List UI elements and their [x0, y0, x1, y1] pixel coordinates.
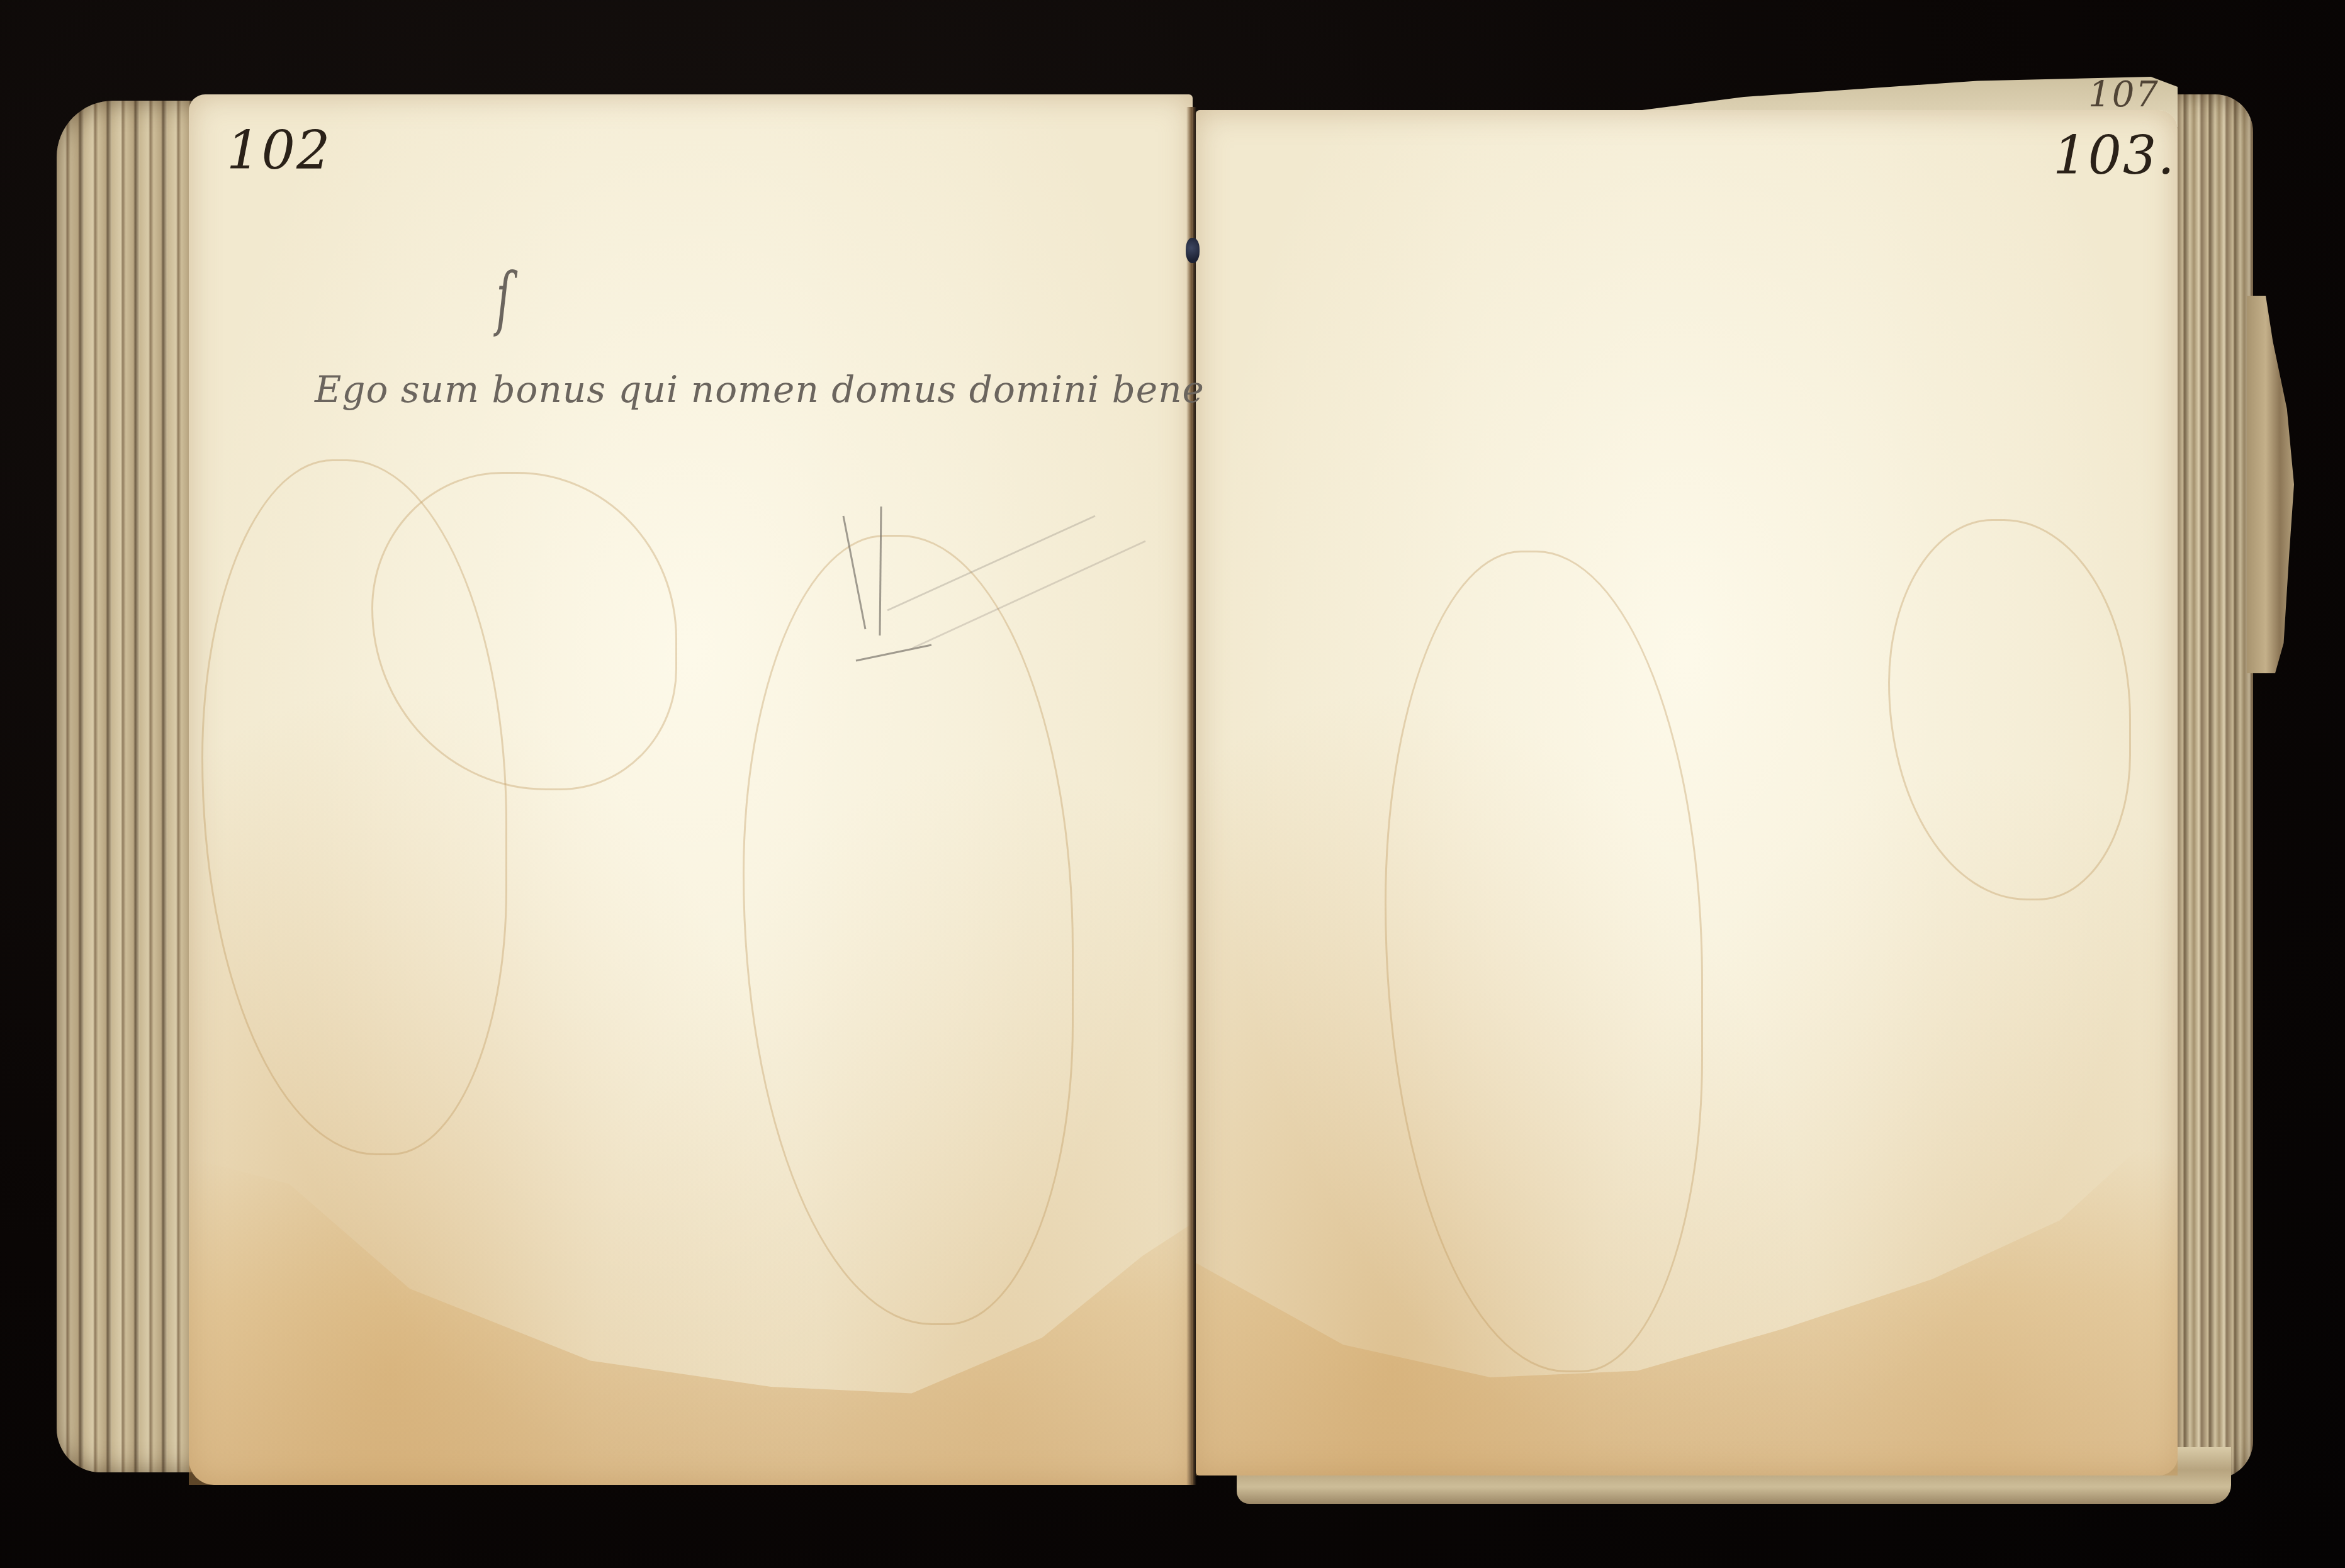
folio-number-underlying: 107 — [2088, 74, 2159, 115]
left-page — [189, 94, 1193, 1485]
gutter-fold — [1186, 107, 1196, 1485]
folio-number-right: 103. — [2053, 125, 2176, 186]
folio-number-left: 102 — [227, 120, 331, 181]
tide-line-stain — [1888, 519, 2131, 900]
right-page — [1196, 110, 2178, 1476]
right-page-stack — [2165, 94, 2253, 1479]
binding-thread-icon — [1186, 238, 1200, 263]
tide-line-stain — [1385, 551, 1703, 1372]
pencil-mark: ſ — [496, 258, 511, 339]
pencil-inscription: Ego sum bonus qui nomen domus domini ben… — [315, 368, 1205, 411]
pencil-sketch-icon — [831, 503, 1158, 692]
